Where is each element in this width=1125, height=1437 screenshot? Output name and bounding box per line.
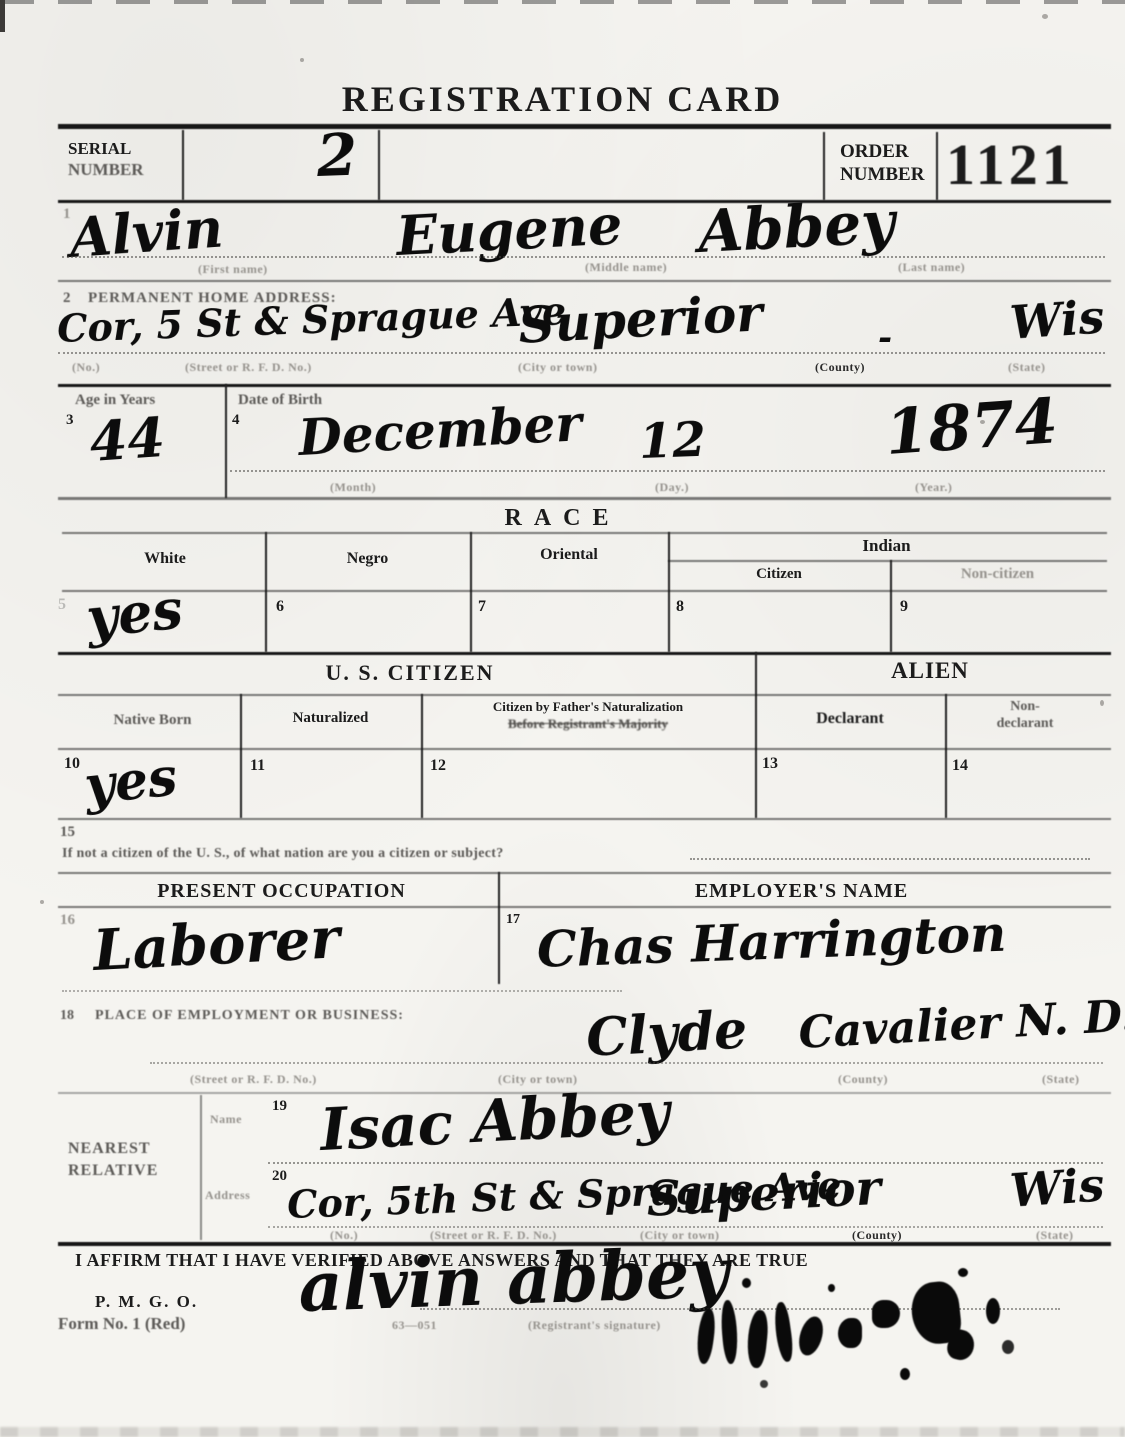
employment-city-handwritten: Clyde — [585, 1000, 749, 1069]
rule — [58, 652, 1111, 655]
father-naturalization-number: 12 — [430, 757, 446, 775]
dob-year-handwritten: 1874 — [883, 384, 1060, 469]
first-name-label: (First name) — [198, 262, 268, 277]
race-indian-citizen-label: Citizen — [668, 566, 890, 583]
serial-number-label-line1: SERIAL — [68, 138, 144, 159]
speck — [40, 900, 44, 904]
registration-card-scan: REGISTRATION CARD SERIAL NUMBER 2 ORDER … — [0, 0, 1125, 1437]
relative-address-number: 20 — [272, 1168, 287, 1185]
employer-number: 17 — [506, 912, 520, 928]
order-number-label-line1: ORDER — [840, 140, 924, 163]
serial-number-label-line2: NUMBER — [68, 159, 144, 180]
write-line — [62, 256, 1105, 258]
address-state-handwritten: Wis — [1008, 290, 1106, 350]
speck — [300, 58, 304, 62]
relative-side-label-line2: RELATIVE — [68, 1162, 158, 1180]
address-city-label: (City or town) — [518, 360, 597, 375]
age-field-number: 3 — [66, 412, 74, 429]
ink-blot — [838, 1318, 862, 1348]
signature-label: (Registrant's signature) — [528, 1318, 661, 1333]
address-field-number: 2 — [63, 290, 71, 307]
relative-address-city-handwritten: Superior — [645, 1160, 882, 1228]
rule — [58, 748, 1111, 750]
relative-state-label: (State) — [1036, 1228, 1073, 1243]
address-city-handwritten: Superior — [517, 283, 764, 355]
divider — [378, 130, 380, 200]
rule — [668, 560, 1107, 562]
declarant-label: Declarant — [755, 710, 945, 728]
race-negro-label: Negro — [265, 550, 470, 568]
relative-name-handwritten: Isac Abbey — [318, 1078, 671, 1164]
race-indian-label: Indian — [668, 536, 1105, 556]
father-naturalization-label-line2: Before Registrant's Majority — [421, 716, 755, 732]
race-oriental-label: Oriental — [470, 546, 668, 564]
occupation-number: 16 — [60, 912, 75, 929]
relative-name-label: Name — [210, 1112, 242, 1127]
registrant-signature-handwritten: alvin abbey — [297, 1233, 730, 1328]
scan-noise-top — [0, 0, 1125, 4]
month-label: (Month) — [330, 480, 376, 495]
naturalized-label: Naturalized — [240, 710, 421, 727]
relative-name-number: 19 — [272, 1098, 287, 1115]
relative-county-label: (County) — [852, 1228, 902, 1243]
signature-line — [420, 1308, 1060, 1310]
page-title: REGISTRATION CARD — [0, 78, 1125, 120]
non-declarant-label-line2: declarant — [945, 716, 1105, 732]
question15-number: 15 — [60, 824, 75, 841]
order-number-value: 1121 — [946, 131, 1075, 198]
rule — [58, 694, 1111, 696]
address-county-label: (County) — [815, 360, 865, 375]
race-heading: RACE — [0, 505, 1125, 532]
race-oriental-number: 7 — [478, 598, 486, 616]
ink-spatter — [900, 1368, 910, 1380]
alien-heading: ALIEN — [755, 658, 1105, 684]
address-no-label: (No.) — [72, 360, 100, 375]
divider — [823, 132, 825, 200]
rule — [58, 818, 1111, 820]
write-line — [150, 1062, 1103, 1064]
employment-state-label: (State) — [1042, 1072, 1079, 1087]
write-line — [230, 470, 1105, 472]
speck — [1042, 14, 1048, 19]
write-line — [62, 990, 622, 992]
year-label: (Year.) — [915, 480, 952, 495]
employer-value-handwritten: Chas Harrington — [536, 904, 1007, 979]
race-white-label: White — [65, 550, 265, 568]
native-born-label: Native Born — [65, 712, 240, 729]
dob-day-handwritten: 12 — [638, 412, 707, 470]
ink-blot — [694, 1307, 718, 1365]
address-state-label: (State) — [1008, 360, 1045, 375]
relative-address-label: Address — [205, 1188, 250, 1203]
ink-spatter — [828, 1284, 835, 1292]
occupation-heading: PRESENT OCCUPATION — [65, 880, 498, 903]
ink-blot — [872, 1300, 900, 1328]
occupation-value-handwritten: Laborer — [92, 905, 342, 984]
declarant-number: 13 — [762, 755, 778, 773]
serial-number-value: 2 — [316, 121, 359, 190]
ink-spatter — [958, 1268, 968, 1277]
dob-field-number: 4 — [232, 412, 240, 429]
rule — [58, 124, 1111, 129]
address-street-label: (Street or R. F. D. No.) — [185, 360, 312, 375]
ink-blot — [772, 1301, 795, 1363]
ink-blot — [796, 1314, 826, 1358]
race-indian-noncitizen-label: Non-citizen — [890, 566, 1105, 583]
divider — [225, 384, 227, 498]
ink-blot — [745, 1309, 770, 1369]
rule — [58, 384, 1111, 387]
employment-street-label: (Street or R. F. D. No.) — [190, 1072, 317, 1087]
last-name-handwritten: Abbey — [696, 188, 896, 266]
divider — [936, 132, 938, 200]
ink-spatter — [1002, 1340, 1014, 1354]
ink-spatter — [742, 1278, 751, 1288]
employment-place-label: PLACE OF EMPLOYMENT OR BUSINESS: — [95, 1008, 404, 1024]
race-indian-citizen-number: 8 — [676, 598, 684, 616]
rule — [58, 280, 1111, 282]
rule — [58, 872, 1111, 874]
divider — [200, 1095, 202, 1240]
non-declarant-label-line1: Non- — [945, 699, 1105, 715]
race-indian-noncitizen-number: 9 — [900, 598, 908, 616]
race-negro-number: 6 — [276, 598, 284, 616]
scan-edge-mark — [0, 0, 5, 32]
us-citizen-heading: U. S. CITIZEN — [65, 660, 755, 686]
write-line — [58, 352, 1105, 354]
scan-noise-bottom — [0, 1427, 1125, 1437]
age-value-handwritten: 44 — [88, 405, 167, 474]
employment-county-label: (County) — [838, 1072, 888, 1087]
naturalized-number: 11 — [250, 757, 265, 775]
middle-name-label: (Middle name) — [585, 260, 667, 275]
form-number-label: Form No. 1 (Red) — [58, 1314, 185, 1334]
ink-spatter — [760, 1380, 768, 1388]
native-born-number: 10 — [64, 755, 80, 773]
divider — [182, 130, 184, 200]
pmgo-label: P. M. G. O. — [95, 1292, 198, 1312]
write-line — [690, 858, 1090, 860]
employer-heading: EMPLOYER'S NAME — [498, 880, 1105, 903]
father-naturalization-label-line1: Citizen by Father's Naturalization — [421, 699, 755, 715]
rule — [58, 497, 1111, 500]
employment-place-number: 18 — [60, 1008, 74, 1024]
native-born-answer-handwritten: yes — [82, 747, 180, 817]
race-white-answer-handwritten: yes — [83, 576, 185, 650]
dob-month-handwritten: December — [297, 393, 583, 467]
relative-side-label-line1: NEAREST — [68, 1140, 151, 1158]
order-number-label-line2: NUMBER — [840, 163, 924, 186]
first-name-handwritten: Alvin — [68, 195, 226, 270]
employment-county-state-handwritten: Cavalier N. D. — [797, 990, 1125, 1059]
relative-address-state-handwritten: Wis — [1008, 1158, 1106, 1218]
question15-text: If not a citizen of the U. S., of what n… — [62, 846, 504, 862]
write-line — [268, 1162, 1103, 1164]
last-name-label: (Last name) — [898, 260, 965, 275]
relative-no-label: (No.) — [330, 1228, 358, 1243]
race-white-number: 5 — [58, 596, 66, 614]
rule — [62, 590, 1107, 592]
ink-blot — [986, 1298, 1000, 1324]
non-declarant-number: 14 — [952, 757, 968, 775]
rule — [62, 532, 1107, 534]
day-label: (Day.) — [655, 480, 689, 495]
